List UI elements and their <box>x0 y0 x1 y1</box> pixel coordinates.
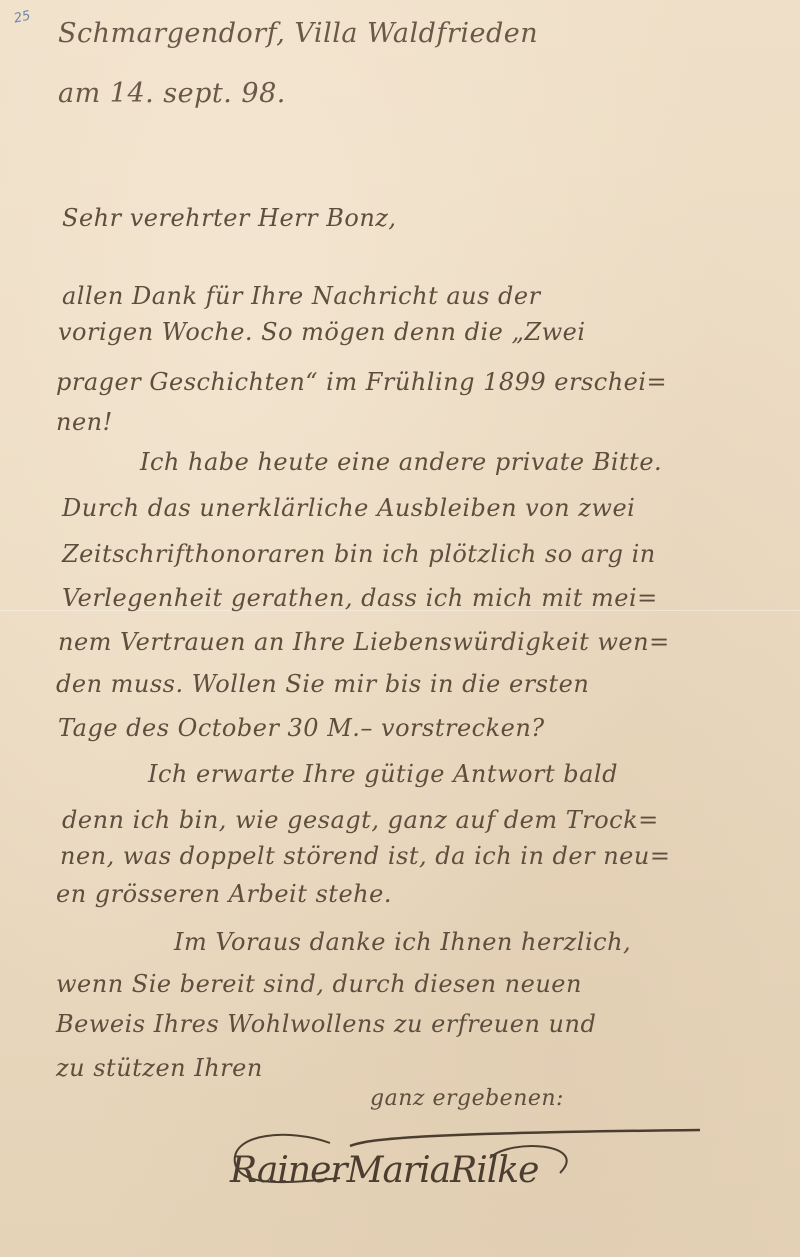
letter-line: Beweis Ihres Wohlwollens zu erfreuen und <box>56 1010 596 1038</box>
letter-line: Ich erwarte Ihre gütige Antwort bald <box>148 760 618 788</box>
letter-line: Durch das unerklärliche Ausbleiben von z… <box>62 494 635 522</box>
letter-line: en grösseren Arbeit stehe. <box>56 880 392 908</box>
letter-line: nem Vertrauen an Ihre Liebenswürdigkeit … <box>58 628 670 656</box>
letter-line: Verlegenheit gerathen, dass ich mich mit… <box>62 584 658 612</box>
letter-line: vorigen Woche. So mögen denn die „Zwei <box>58 318 586 346</box>
letter-line: allen Dank für Ihre Nachricht aus der <box>62 282 541 310</box>
letter-line: nen, was doppelt störend ist, da ich in … <box>60 842 670 870</box>
letter-line: Im Voraus danke ich Ihnen herzlich, <box>174 928 631 956</box>
letter-line: denn ich bin, wie gesagt, ganz auf dem T… <box>62 806 659 834</box>
letter-line: nen! <box>56 408 113 436</box>
closing-phrase: ganz ergebenen: <box>370 1086 564 1111</box>
letter-line: Zeitschrifthonoraren bin ich plötzlich s… <box>62 540 656 568</box>
letter-line: prager Geschichten“ im Frühling 1899 ers… <box>56 368 667 396</box>
letter-place: Schmargendorf, Villa Waldfrieden <box>58 18 538 49</box>
letter-line: zu stützen Ihren <box>56 1054 263 1082</box>
letter-line: Tage des October 30 M.– vorstrecken? <box>58 714 545 742</box>
letter-line: den muss. Wollen Sie mir bis in die erst… <box>56 670 589 698</box>
letter-line: Ich habe heute eine andere private Bitte… <box>140 448 662 476</box>
letter-line: wenn Sie bereit sind, durch diesen neuen <box>56 970 582 998</box>
signature: RainerMariaRilke <box>230 1150 538 1191</box>
salutation: Sehr verehrter Herr Bonz, <box>62 204 397 232</box>
letter-date: am 14. sept. 98. <box>58 78 286 109</box>
